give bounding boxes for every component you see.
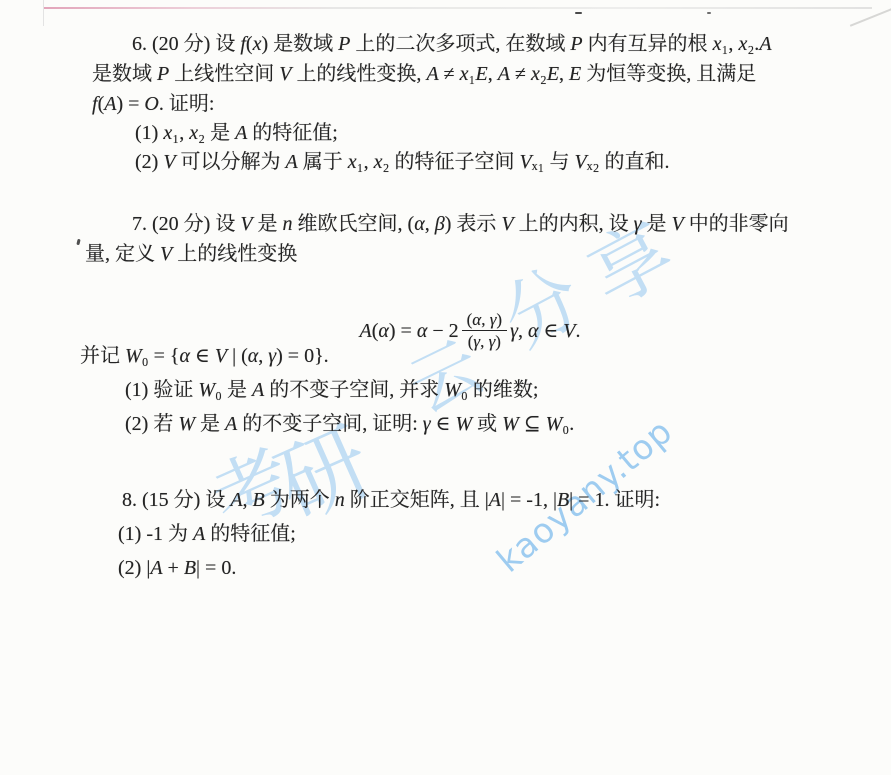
problem6-item1: (1) x₁, x₂ 是 A 的特征值; bbox=[135, 119, 338, 147]
scan-speck bbox=[76, 239, 80, 246]
exam-page: 考 研 云 分 享 kaoyany.top 6. (20 分) 设 f(x) 是… bbox=[0, 0, 891, 775]
problem7-line2: 量, 定义 V 上的线性变换 bbox=[85, 240, 297, 268]
fraction-numerator: (α, γ) bbox=[462, 309, 507, 331]
scan-left-edge bbox=[43, 0, 44, 26]
problem7-line1: 7. (20 分) 设 V 是 n 维欧氏空间, (α, β) 表示 V 上的内… bbox=[132, 210, 789, 238]
problem6-item2: (2) V 可以分解为 A 属于 x₁, x₂ 的特征子空间 Vₓ₁ 与 Vₓ₂… bbox=[135, 148, 670, 176]
scan-speck bbox=[575, 12, 582, 14]
formula-suffix: γ, α ∈ V. bbox=[510, 320, 580, 342]
problem8-item2: (2) |A + B| = 0. bbox=[118, 554, 236, 582]
problem8-item1: (1) -1 为 A 的特征值; bbox=[118, 520, 296, 548]
formula-prefix: A(α) = α − 2 bbox=[359, 320, 458, 342]
fraction: (α, γ)(γ, γ) bbox=[462, 309, 507, 352]
problem6-line3: f(A) = O. 证明: bbox=[92, 90, 214, 118]
problem7-item2: (2) 若 W 是 A 的不变子空间, 证明: γ ∈ W 或 W ⊆ W₀. bbox=[125, 410, 574, 438]
problem8-line1: 8. (15 分) 设 A, B 为两个 n 阶正交矩阵, 且 |A| = -1… bbox=[122, 486, 660, 514]
fraction-denominator: (γ, γ) bbox=[462, 331, 507, 352]
problem7-line3: 并记 W₀ = {α ∈ V | (α, γ) = 0}. bbox=[80, 342, 329, 370]
problem6-line2: 是数域 P 上线性空间 V 上的线性变换, A ≠ x₁E, A ≠ x₂E, … bbox=[92, 60, 756, 88]
problem6-line1: 6. (20 分) 设 f(x) 是数域 P 上的二次多项式, 在数域 P 内有… bbox=[132, 30, 772, 58]
problem7-item1: (1) 验证 W₀ 是 A 的不变子空间, 并求 W₀ 的维数; bbox=[125, 376, 538, 404]
scan-speck bbox=[707, 12, 711, 14]
scan-edge-line bbox=[44, 7, 872, 9]
